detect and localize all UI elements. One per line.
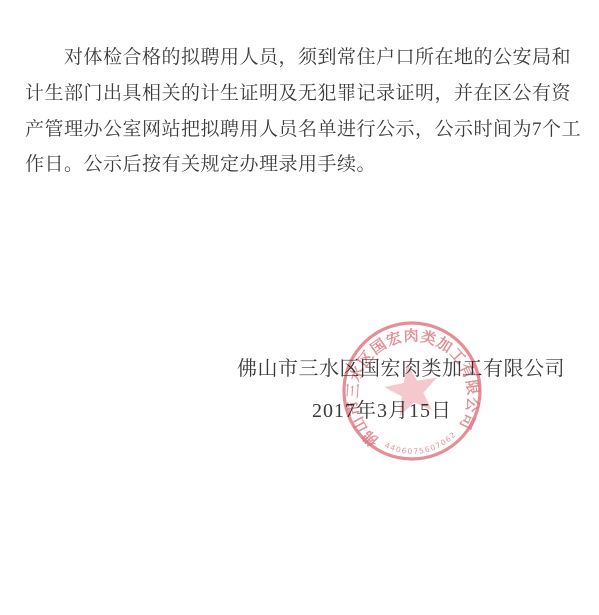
signature-date: 2017年3月15日 <box>312 394 452 423</box>
svg-text:司: 司 <box>456 411 479 432</box>
svg-text:6: 6 <box>443 434 452 444</box>
svg-text:宏: 宏 <box>384 328 404 350</box>
svg-text:0: 0 <box>407 447 412 456</box>
seal-company-arc-text: 佛山市三水区国宏肉类加工有限公司 <box>337 316 487 454</box>
svg-text:5: 5 <box>418 446 424 456</box>
document-page: 对体检合格的拟聘用人员，须到常住户口所在地的公安局和 计生部门出具相关的计生证明… <box>0 0 599 615</box>
paragraph-line-4: 作日。公示后按有关规定办理录用手续。 <box>25 151 376 179</box>
svg-text:类: 类 <box>419 327 438 348</box>
paragraph-line-3: 产管理办公室网站把拟聘用人员名单进行公示，公示时间为7个工 <box>25 116 581 144</box>
svg-text:肉: 肉 <box>403 327 419 345</box>
paragraph-line-1: 对体检合格的拟聘用人员，须到常住户口所在地的公安局和 <box>64 44 571 72</box>
svg-text:6: 6 <box>401 446 407 456</box>
svg-text:0: 0 <box>429 443 437 453</box>
svg-text:0: 0 <box>439 437 448 447</box>
seal-border-circle <box>337 316 487 466</box>
official-seal-stamp: 佛山市三水区国宏肉类加工有限公司 4406075607062 <box>337 316 487 466</box>
svg-text:公: 公 <box>462 396 481 414</box>
seal-icon: 佛山市三水区国宏肉类加工有限公司 4406075607062 <box>337 316 487 466</box>
svg-text:限: 限 <box>462 378 482 395</box>
svg-text:7: 7 <box>413 447 418 456</box>
seal-serial-number: 4406075607062 <box>382 428 460 461</box>
svg-text:2: 2 <box>448 430 458 440</box>
svg-text:6: 6 <box>424 445 431 455</box>
svg-text:佛: 佛 <box>359 427 383 451</box>
paragraph-line-2: 计生部门出具相关的计生证明及无犯罪记录证明，并在区公有资 <box>25 80 571 108</box>
svg-text:7: 7 <box>434 440 442 450</box>
svg-text:4: 4 <box>389 443 397 453</box>
svg-text:0: 0 <box>395 445 402 455</box>
signature-company-name: 佛山市三水区国宏肉类加工有限公司 <box>237 352 565 381</box>
svg-text:4: 4 <box>383 441 391 451</box>
